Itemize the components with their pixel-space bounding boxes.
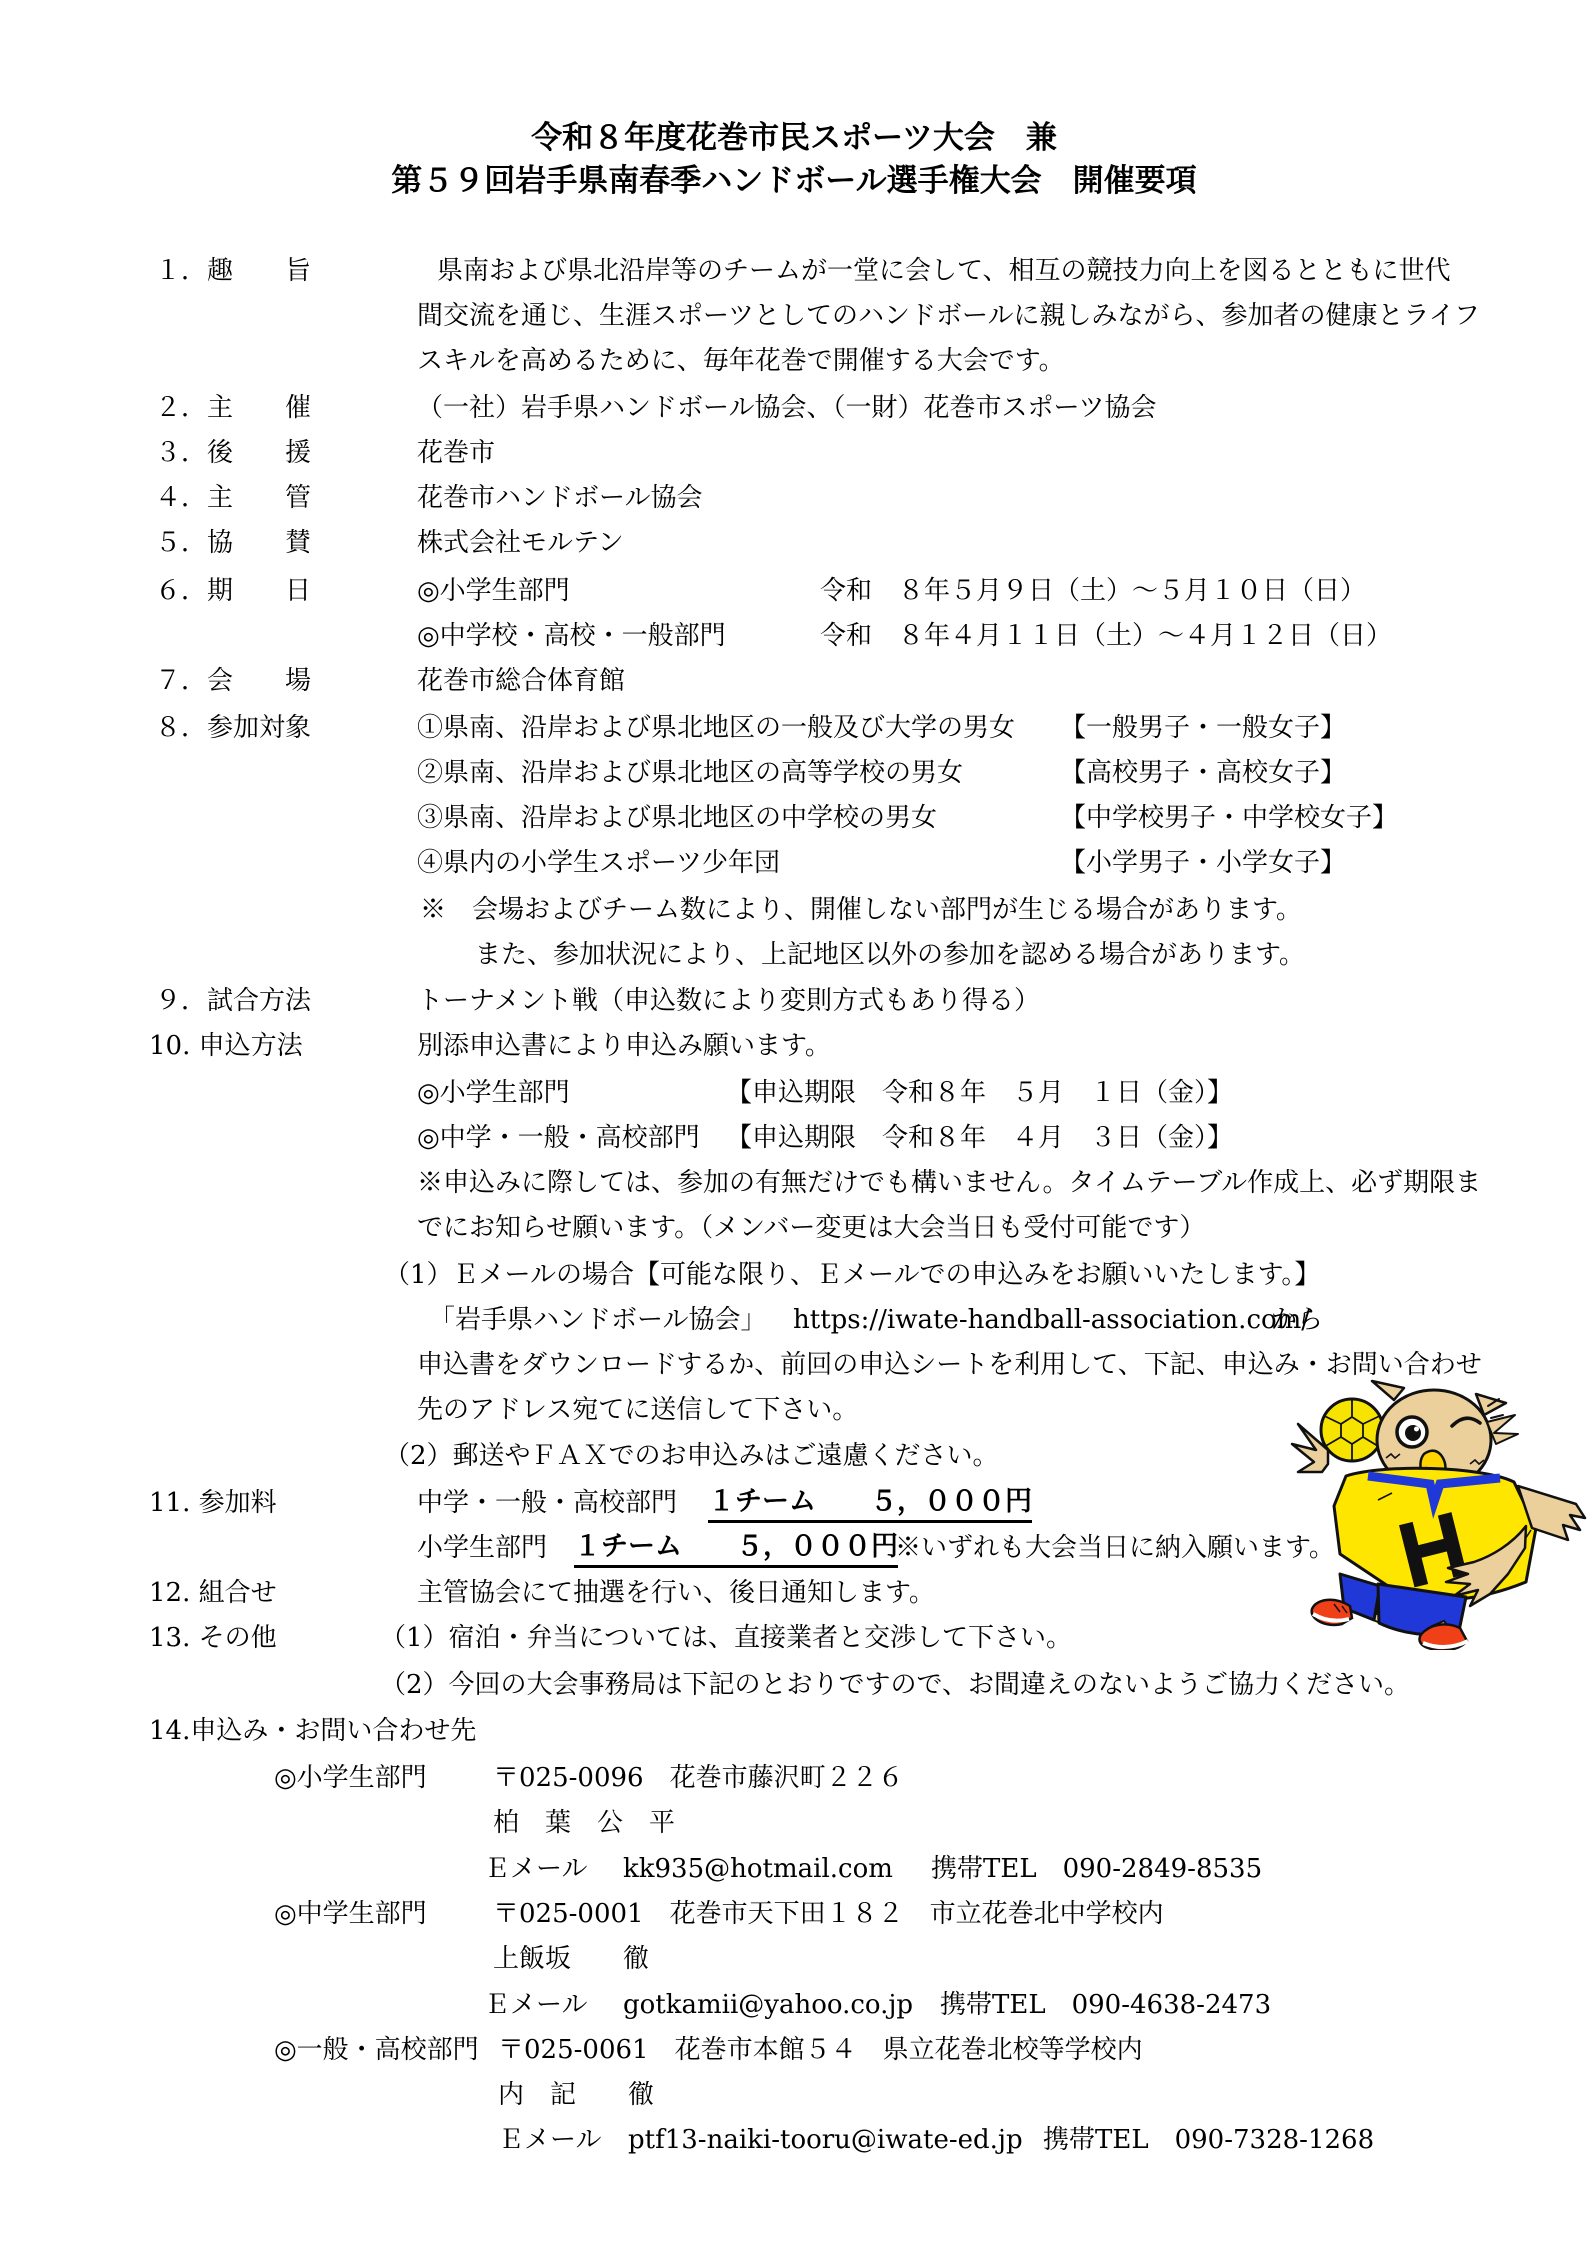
purpose-line2: 間交流を通じ、生涯スポーツとしてのハンドボールに親しみながら、参加者の健康とライ…: [417, 300, 1480, 333]
application-row1-deadline: 【申込期限 令和８年 ５月 １日（金）】: [726, 1077, 1233, 1110]
application-row2-label: ◎中学・一般・高校部門: [417, 1122, 700, 1155]
contact2-name: 上飯坂 徹: [493, 1943, 649, 1976]
contact2-label: ◎中学生部門: [274, 1898, 427, 1931]
support-number: ３．後 援: [155, 437, 311, 470]
application-assoc-name: 「岩手県ハンドボール協会」: [429, 1304, 766, 1337]
contact3-email: ptf13-naiki-tooru@iwate-ed.jp: [628, 2124, 1023, 2157]
doc-title-line2: 第５９回岩手県南春季ハンドボール選手権大会 開催要項: [0, 155, 1588, 200]
dates-number: ６．期 日: [155, 575, 311, 608]
fee-row2-label: 小学生部門: [417, 1532, 547, 1565]
application-email-line3: 先のアドレス宛てに送信して下さい。: [417, 1394, 858, 1427]
application-note1: ※申込みに際しては、参加の有無だけでも構いません。タイムテーブル作成上、必ず期限…: [417, 1167, 1481, 1200]
eligibility-cat4: 【小学男子・小学女子】: [1060, 847, 1346, 880]
others-item1: （1）宿泊・弁当については、直接業者と交渉して下さい。: [380, 1622, 1072, 1655]
fee-row1-label: 中学・一般・高校部門: [417, 1487, 677, 1520]
sponsor-text: 株式会社モルテン: [417, 527, 624, 560]
host-number: ２．主 催: [155, 392, 311, 425]
fee-row2-note: ※いずれも大会当日に納入願います。: [895, 1532, 1335, 1565]
mascot-left-shoe: [1312, 1600, 1352, 1625]
eligibility-item1: ①県南、沿岸および県北地区の一般及び大学の男女: [417, 712, 1015, 745]
fee-row2-amount: １チーム ５，０００円: [574, 1530, 898, 1568]
document-page: 令和８年度花巻市民スポーツ大会 兼 第５９回岩手県南春季ハンドボール選手権大会 …: [0, 0, 1588, 2246]
format-text: トーナメント戦（申込数により変則方式もあり得る）: [417, 985, 1040, 1018]
contact3-name: 内 記 徹: [498, 2079, 654, 2112]
eligibility-item4: ④県内の小学生スポーツ少年団: [417, 847, 780, 880]
dates-row2-value: 令和 ８年４月１１日（土）～４月１２日（日）: [820, 620, 1392, 653]
dates-row2-label: ◎中学校・高校・一般部門: [417, 620, 726, 653]
fee-number: 11. 参加料: [149, 1487, 277, 1520]
application-row2-deadline: 【申込期限 令和８年 ４月 ３日（金）】: [726, 1122, 1233, 1155]
application-intro: 別添申込書により申込み願います。: [417, 1030, 831, 1063]
eligibility-note1: ※ 会場およびチーム数により、開催しない部門が生じる場合があります。: [420, 894, 1302, 927]
eligibility-cat2: 【高校男子・高校女子】: [1060, 757, 1346, 790]
host-text: （一社）岩手県ハンドボール協会、（一財）花巻市スポーツ協会: [417, 392, 1156, 425]
format-number: ９．試合方法: [155, 985, 311, 1018]
eligibility-cat1: 【一般男子・一般女子】: [1060, 712, 1346, 745]
support-text: 花巻市: [417, 437, 495, 470]
contact1-name: 柏 葉 公 平: [493, 1807, 675, 1840]
eligibility-cat3: 【中学校男子・中学校女子】: [1060, 802, 1398, 835]
dates-row1-value: 令和 ８年５月９日（土）～５月１０日（日）: [820, 575, 1366, 608]
mascot-owl-illustration: [1282, 1378, 1588, 1650]
contact1-label: ◎小学生部門: [274, 1762, 427, 1795]
contact2-email-label: Ｅメール: [484, 1989, 587, 2022]
contact3-tel: 携帯TEL 090-7328-1268: [1043, 2124, 1374, 2157]
fee-row1-amount: １チーム ５，０００円: [708, 1485, 1032, 1523]
management-text: 花巻市ハンドボール協会: [417, 482, 702, 515]
application-email-head: （1）Ｅメールの場合【可能な限り、Ｅメールでの申込みをお願いいたします。】: [384, 1259, 1320, 1292]
eligibility-item2: ②県南、沿岸および県北地区の高等学校の男女: [417, 757, 963, 790]
contact1-email-label: Ｅメール: [484, 1853, 587, 1886]
application-mail-note: （2）郵送やＦＡＸでのお申込みはご遠慮ください。: [384, 1440, 999, 1473]
contact-number: 14.申込み・お問い合わせ先: [149, 1715, 476, 1748]
contact2-address: 〒025-0001 花巻市天下田１８２ 市立花巻北中学校内: [493, 1898, 1164, 1931]
purpose-line3: スキルを高めるために、毎年花巻で開催する大会です。: [417, 345, 1065, 378]
doc-title-line1: 令和８年度花巻市民スポーツ大会 兼: [0, 112, 1588, 157]
draw-text: 主管協会にて抽選を行い、後日通知します。: [417, 1577, 935, 1610]
contact1-tel: 携帯TEL 090-2849-8535: [931, 1853, 1262, 1886]
venue-text: 花巻市総合体育館: [417, 665, 625, 698]
application-assoc-url: https://iwate-handball-association.com/: [793, 1304, 1310, 1337]
contact3-label: ◎一般・高校部門: [274, 2034, 479, 2067]
contact3-email-label: Ｅメール: [498, 2124, 601, 2157]
handball-icon: [1321, 1399, 1383, 1461]
venue-number: ７．会 場: [155, 665, 311, 698]
application-email-line2: 申込書をダウンロードするか、前回の申込シートを利用して、下記、申込み・お問い合わ…: [417, 1349, 1482, 1382]
draw-number: 12. 組合せ: [149, 1577, 277, 1610]
contact1-address: 〒025-0096 花巻市藤沢町２２６: [493, 1762, 904, 1795]
application-assoc-from: から: [1271, 1304, 1323, 1337]
purpose-line1: 県南および県北沿岸等のチームが一堂に会して、相互の競技力向上を図るとともに世代: [437, 255, 1450, 288]
management-number: ４．主 管: [155, 482, 311, 515]
eligibility-number: ８．参加対象: [155, 712, 311, 745]
others-item2: （2）今回の大会事務局は下記のとおりですので、お間違えのないようご協力ください。: [380, 1669, 1410, 1702]
eligibility-item3: ③県南、沿岸および県北地区の中学校の男女: [417, 802, 937, 835]
eligibility-note2: また、参加状況により、上記地区以外の参加を認める場合があります。: [475, 939, 1305, 972]
purpose-number: １．趣 旨: [155, 255, 311, 288]
dates-row1-label: ◎小学生部門: [417, 575, 570, 608]
contact3-address: 〒025-0061 花巻市本館５４ 県立花巻北校等学校内: [498, 2034, 1143, 2067]
application-number: 10. 申込方法: [149, 1030, 303, 1063]
contact2-tel: 携帯TEL 090-4638-2473: [940, 1989, 1271, 2022]
sponsor-number: ５．協 賛: [155, 527, 311, 560]
others-number: 13. その他: [149, 1622, 277, 1655]
contact1-email: kk935@hotmail.com: [623, 1853, 893, 1886]
contact2-email: gotkamii@yahoo.co.jp: [623, 1989, 913, 2022]
application-row1-label: ◎小学生部門: [417, 1077, 570, 1110]
application-note2: でにお知らせ願います。（メンバー変更は大会当日も受付可能です）: [417, 1212, 1205, 1245]
